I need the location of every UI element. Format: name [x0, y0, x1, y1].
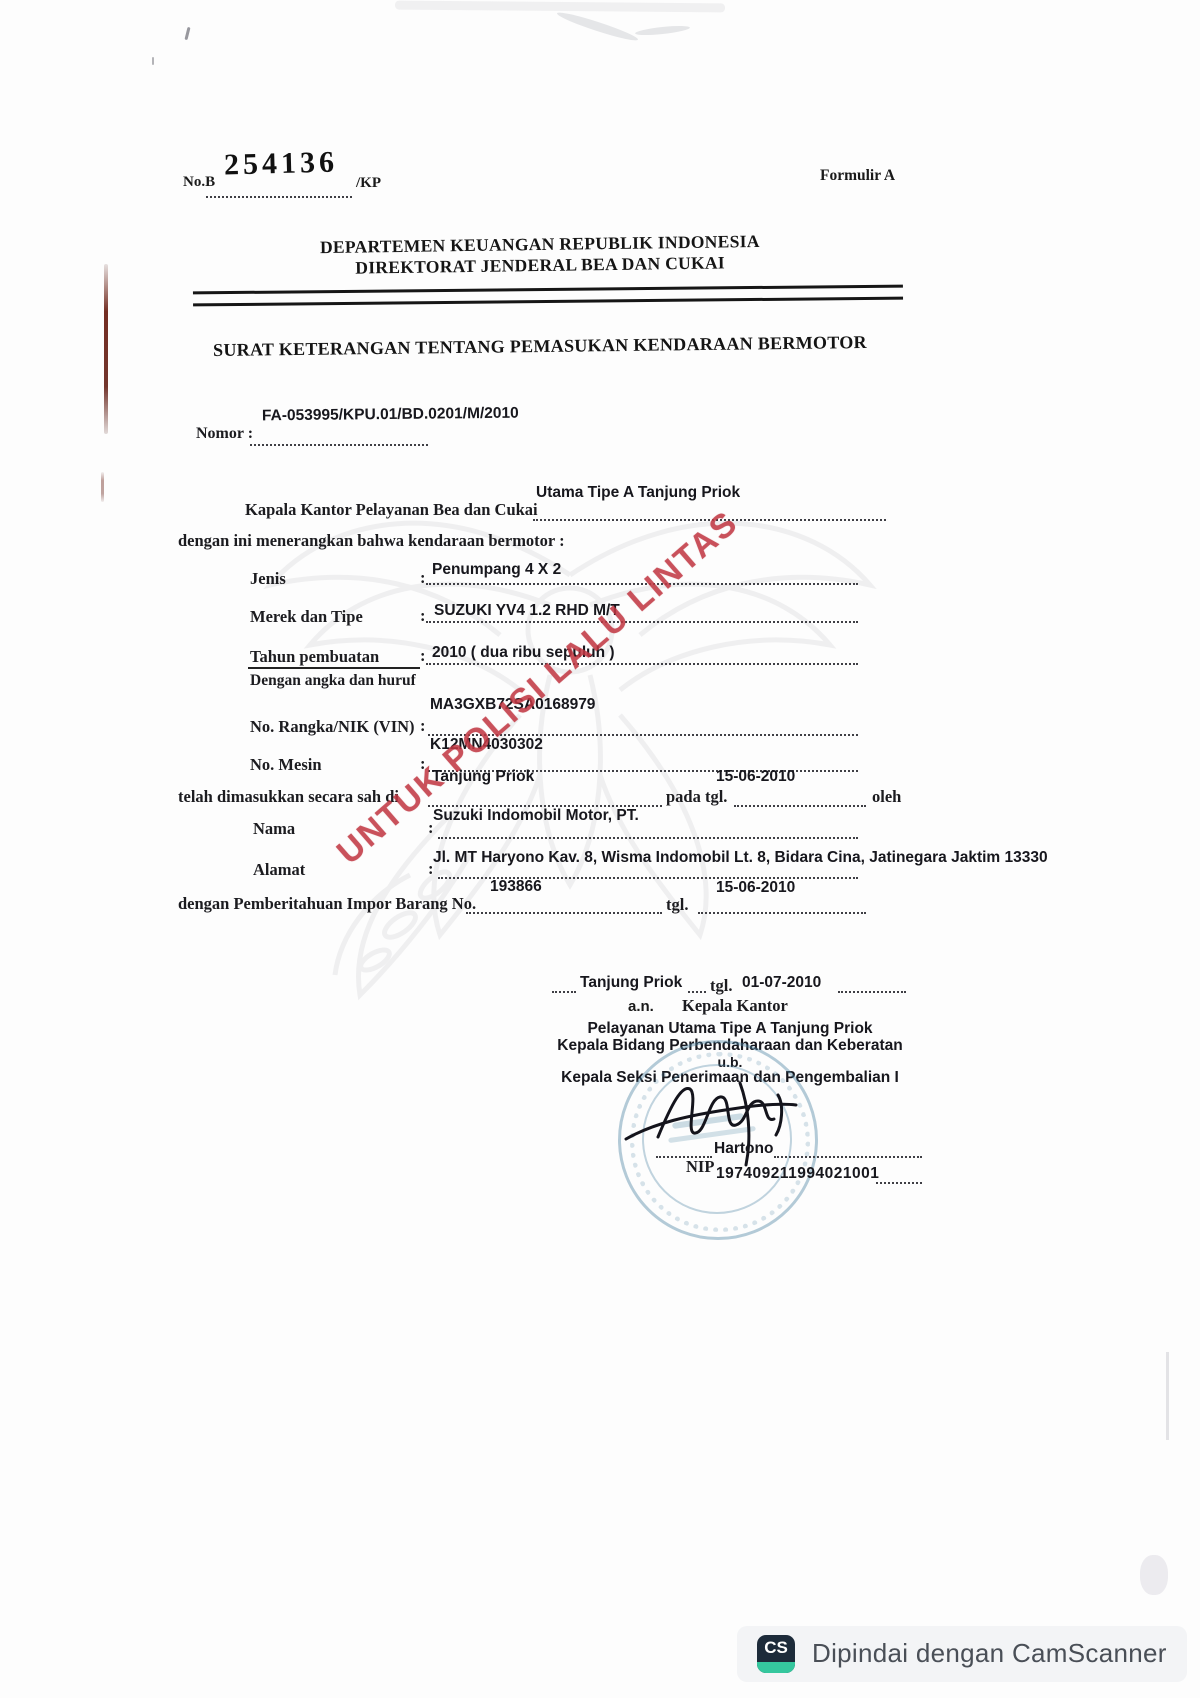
pib-date-value: 15-06-2010: [716, 879, 795, 897]
camscanner-icon: CS: [757, 1635, 795, 1673]
entry-suffix: oleh: [872, 787, 901, 807]
scan-mark: [184, 27, 190, 40]
field-colon: :: [428, 859, 434, 879]
camscanner-icon-text: CS: [757, 1638, 795, 1658]
scanned-document-page: No.B 254136 /KP Formulir A DEPARTEMEN KE…: [0, 0, 1200, 1698]
pib-prefix: dengan Pemberitahuan Impor Barang No.: [178, 894, 476, 914]
dotted-line: [206, 194, 352, 198]
scan-mark: [152, 57, 154, 65]
no-b-suffix: /KP: [356, 175, 381, 192]
intro-text: dengan ini menerangkan bahwa kendaraan b…: [178, 531, 565, 551]
closing-place-value: Tanjung Priok: [580, 974, 682, 992]
dotted-line: [688, 989, 706, 993]
signer-name: Hartono: [714, 1140, 773, 1158]
header-double-rule: [193, 285, 903, 307]
nama-value: Suzuki Indomobil Motor, PT.: [433, 807, 639, 825]
document-title: SURAT KETERANGAN TENTANG PEMASUKAN KENDA…: [90, 331, 990, 363]
signer-an: a.n.: [628, 998, 654, 1015]
dotted-line: [438, 835, 858, 839]
dotted-line: [552, 989, 576, 993]
field-merek-label: Merek dan Tipe: [250, 607, 363, 627]
field-mesin-label: No. Mesin: [250, 755, 322, 775]
field-tahun-sublabel: Dengan angka dan huruf: [250, 672, 416, 690]
signer-line2: Pelayanan Utama Tipe A Tanjung Priok: [520, 1020, 940, 1037]
department-header: DEPARTEMEN KEUANGAN REPUBLIK INDONESIA D…: [90, 228, 990, 283]
formulir-label: Formulir A: [820, 167, 895, 185]
field-jenis-value: Penumpang 4 X 2: [432, 561, 561, 579]
closing-date-value: 01-07-2010: [742, 974, 821, 992]
dotted-line: [250, 442, 428, 446]
camscanner-badge: CS Dipindai dengan CamScanner: [737, 1626, 1187, 1682]
signer-title: Kepala Kantor: [682, 996, 788, 1016]
dotted-line: [698, 910, 866, 914]
nama-label: Nama: [253, 819, 295, 839]
no-b-value: 254136: [224, 146, 339, 183]
nomor-value: FA-053995/KPU.01/BD.0201/M/2010: [262, 405, 519, 426]
field-colon: :: [420, 606, 426, 626]
camscanner-icon-teal-bar: [757, 1662, 795, 1673]
dotted-line: [876, 1180, 922, 1184]
camscanner-footer-text: Dipindai dengan CamScanner: [812, 1638, 1167, 1669]
scan-smudge: [395, 1, 725, 13]
field-colon: :: [428, 818, 434, 838]
field-rangka-label: No. Rangka/NIK (VIN): [250, 717, 415, 737]
entry-prefix: telah dimasukkan secara sah di: [178, 787, 399, 807]
scan-smudge: [635, 24, 690, 37]
left-margin-mark: [101, 472, 104, 502]
dotted-line: [838, 989, 906, 993]
field-colon: :: [420, 646, 426, 666]
alamat-label: Alamat: [253, 860, 305, 880]
nip-value: 197409211994021001: [716, 1165, 879, 1183]
no-b-label: No.B: [183, 174, 215, 191]
pib-number-value: 193866: [490, 878, 542, 896]
dotted-line: [774, 1154, 922, 1158]
entry-date-value: 15-06-2010: [716, 768, 795, 786]
nomor-label: Nomor :: [196, 425, 253, 443]
closing-tgl-label: tgl.: [710, 976, 732, 996]
field-colon: :: [420, 716, 426, 736]
dotted-line: [426, 661, 858, 665]
dotted-line: [734, 803, 866, 807]
page-edge-artifact: [1166, 1352, 1169, 1440]
office-value: Utama Tipe A Tanjung Priok: [536, 484, 740, 502]
dotted-line: [466, 910, 662, 914]
tahun-underline: [248, 667, 420, 669]
page-edge-artifact: [1140, 1555, 1168, 1595]
field-tahun-label: Tahun pembuatan: [250, 647, 379, 667]
pib-tgl-label: tgl.: [666, 895, 688, 915]
office-label: Kapala Kantor Pelayanan Bea dan Cukai: [245, 500, 538, 520]
alamat-value: Jl. MT Haryono Kav. 8, Wisma Indomobil L…: [433, 849, 1048, 867]
nip-label: NIP: [686, 1157, 714, 1177]
entry-mid: pada tgl.: [666, 787, 727, 807]
field-jenis-label: Jenis: [250, 569, 286, 589]
scan-smudge: [556, 9, 640, 44]
field-colon: :: [420, 568, 426, 588]
